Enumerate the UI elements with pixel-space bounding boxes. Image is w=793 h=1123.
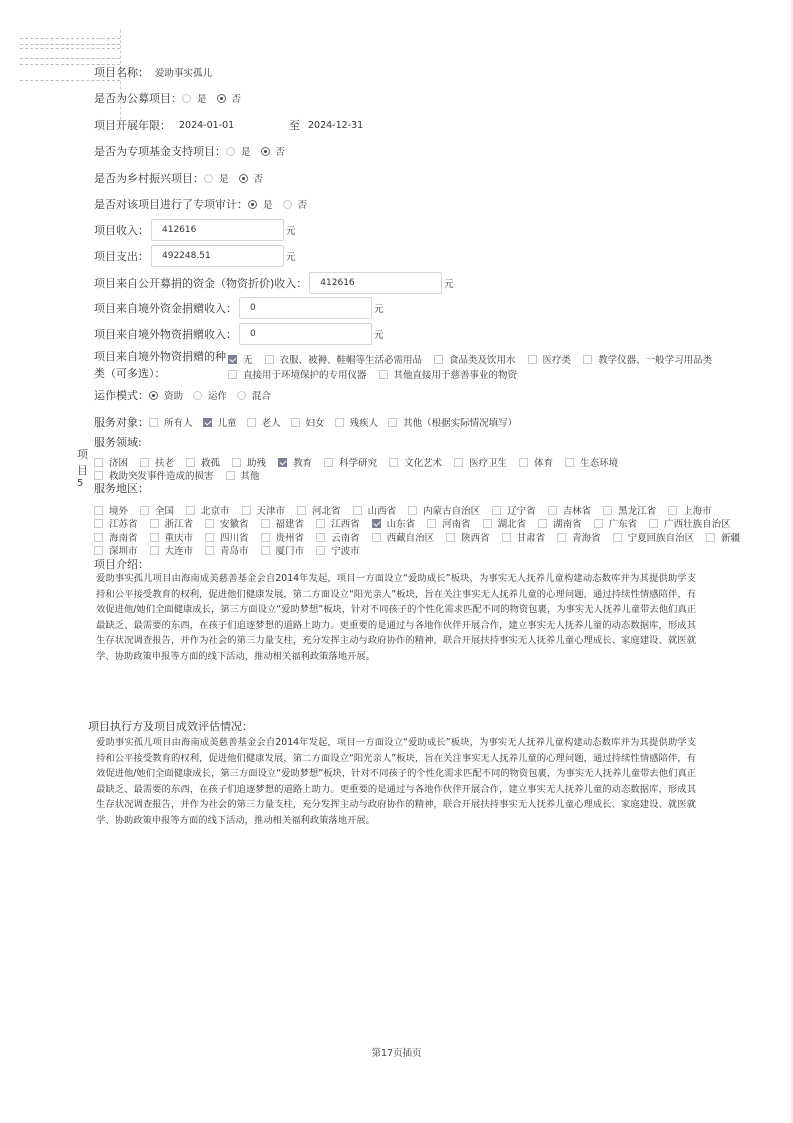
region-option[interactable]: 宁夏回族自治区 (613, 530, 695, 544)
target-women[interactable]: 妇女 (291, 415, 325, 429)
region-option[interactable]: 浙江省 (150, 516, 194, 530)
public-income-input[interactable]: 412616 (309, 272, 442, 294)
overseas-goods-input[interactable]: 0 (239, 323, 372, 345)
project-name-label: 项目名称： (94, 64, 149, 80)
checkbox-icon (150, 533, 159, 542)
region-option[interactable]: 江西省 (316, 516, 360, 530)
service-target-row: 服务对象： 所有人 儿童 老人 妇女 残疾人 其他（根据实际情况填写） (94, 414, 527, 430)
goods-type-teaching[interactable]: 教学仪器、一般学习用品类 (583, 352, 712, 366)
goods-type-environment[interactable]: 直接用于环境保护的专用仪器 (228, 367, 367, 381)
public-income-row: 项目来自公开募捐的资金（物资折价)收入： 412616 元 (94, 272, 454, 294)
region-option[interactable]: 湖北省 (483, 516, 527, 530)
checkbox-checked-icon (372, 519, 381, 528)
checkbox-icon (205, 519, 214, 528)
checkbox-icon (335, 418, 344, 427)
region-option[interactable]: 辽宁省 (492, 503, 536, 517)
region-option[interactable]: 广西壮族自治区 (649, 516, 731, 530)
region-option[interactable]: 天津市 (242, 503, 286, 517)
checkbox-icon (205, 533, 214, 542)
income-input[interactable]: 412616 (151, 219, 284, 241)
checkbox-icon (483, 519, 492, 528)
expense-row: 项目支出： 492248.51 元 (94, 245, 296, 267)
target-disabled[interactable]: 残疾人 (335, 415, 379, 429)
region-option[interactable]: 河南省 (427, 516, 471, 530)
region-option[interactable]: 湖南省 (538, 516, 582, 530)
goods-type-food[interactable]: 食品类及饮用水 (434, 352, 516, 366)
region-option[interactable]: 厦门市 (261, 543, 305, 557)
checkbox-icon (446, 533, 455, 542)
checkbox-icon (261, 519, 270, 528)
public-fundraising-yes[interactable]: 是 (182, 91, 207, 105)
radio-selected-icon (217, 94, 226, 103)
radio-selected-icon (248, 200, 257, 209)
checkbox-icon (186, 458, 195, 467)
region-option[interactable]: 海南省 (94, 530, 138, 544)
checkbox-icon (538, 519, 547, 528)
duration-label: 项目开展年限： (94, 117, 171, 133)
checkbox-icon (205, 546, 214, 555)
region-option[interactable]: 北京市 (186, 503, 230, 517)
target-elderly[interactable]: 老人 (247, 415, 281, 429)
checkbox-icon (226, 471, 235, 480)
overseas-goods-unit: 元 (374, 327, 384, 341)
income-row: 项目收入： 412616 元 (94, 219, 296, 241)
region-option[interactable]: 黑龙江省 (603, 503, 656, 517)
field-sports[interactable]: 体育 (519, 455, 553, 469)
checkbox-icon (316, 546, 325, 555)
income-unit: 元 (286, 223, 296, 237)
service-region-row: 江苏省浙江省安徽省福建省江西省山东省河南省湖北省湖南省广东省广西壮族自治区 (94, 516, 743, 530)
region-option[interactable]: 重庆市 (150, 530, 194, 544)
checkbox-icon (649, 519, 658, 528)
overseas-goods-label: 项目来自境外物资捐赠收入： (94, 326, 237, 342)
checkbox-icon (528, 355, 537, 364)
checkbox-icon (454, 458, 463, 467)
checkbox-icon (372, 533, 381, 542)
checkbox-icon (353, 506, 362, 515)
operation-mode-operate[interactable]: 运作 (193, 388, 227, 402)
side-mark-3: 5 (77, 478, 83, 489)
expense-unit: 元 (286, 249, 296, 263)
operation-mode-grant[interactable]: 资助 (149, 388, 183, 402)
duration-separator: 至 (289, 117, 300, 133)
checkbox-icon (519, 458, 528, 467)
region-option[interactable]: 安徽省 (205, 516, 249, 530)
radio-icon (193, 391, 202, 400)
checkbox-icon (261, 546, 270, 555)
radio-icon (226, 147, 235, 156)
duration-row: 项目开展年限： 2024-01-01 至 2024-12-31 (94, 117, 363, 133)
service-region-row: 境外全国北京市天津市河北省山西省内蒙古自治区辽宁省吉林省黑龙江省上海市 (94, 503, 724, 517)
service-region-heading: 服务地区： (94, 480, 149, 496)
checkbox-icon (379, 370, 388, 379)
checkbox-icon (94, 519, 103, 528)
field-health[interactable]: 医疗卫生 (454, 455, 507, 469)
checkbox-icon (324, 458, 333, 467)
radio-icon (283, 200, 292, 209)
public-fundraising-label: 是否为公募项目： (94, 90, 182, 106)
checkbox-icon (434, 355, 443, 364)
public-income-label: 项目来自公开募捐的资金（物资折价)收入： (94, 275, 307, 291)
service-region-row: 深圳市大连市青岛市厦门市宁波市 (94, 543, 372, 557)
target-other[interactable]: 其他（根据实际情况填写） (388, 415, 517, 429)
income-label: 项目收入： (94, 222, 149, 238)
region-option[interactable]: 青岛市 (205, 543, 249, 557)
special-fund-no[interactable]: 否 (261, 144, 286, 158)
region-option[interactable]: 河北省 (297, 503, 341, 517)
expense-label: 项目支出： (94, 248, 149, 264)
checkbox-icon (706, 533, 715, 542)
region-option[interactable]: 福建省 (261, 516, 305, 530)
region-option[interactable]: 内蒙古自治区 (408, 503, 480, 517)
overseas-funds-row: 项目来自境外资金捐赠收入： 0 元 (94, 297, 384, 319)
checkbox-icon (565, 458, 574, 467)
side-mark-1: 项 (77, 446, 88, 462)
operation-mode-row: 运作模式： 资助 运作 混合 (94, 387, 281, 403)
region-option[interactable]: 贵州省 (261, 530, 305, 544)
evaluation-heading: 项目执行方及项目成效评估情况： (88, 718, 253, 734)
field-culture[interactable]: 文化艺术 (389, 455, 442, 469)
checkbox-icon (150, 519, 159, 528)
region-option[interactable]: 江苏省 (94, 516, 138, 530)
checkbox-icon (291, 418, 300, 427)
region-option[interactable]: 全国 (140, 503, 174, 517)
checkbox-icon (186, 506, 195, 515)
service-region-row: 海南省重庆市四川省贵州省云南省西藏自治区陕西省甘肃省青海省宁夏回族自治区新疆 (94, 530, 752, 544)
special-fund-yes[interactable]: 是 (226, 144, 251, 158)
service-target-label: 服务对象： (94, 414, 149, 430)
region-option[interactable]: 吉林省 (548, 503, 592, 517)
checkbox-icon (548, 506, 557, 515)
checkbox-icon (94, 506, 103, 515)
overseas-goods-row: 项目来自境外物资捐赠收入： 0 元 (94, 323, 384, 345)
checkbox-icon (140, 506, 149, 515)
side-mark-2: 目 (77, 462, 88, 478)
rural-no[interactable]: 否 (239, 171, 264, 185)
overseas-funds-input[interactable]: 0 (239, 297, 372, 319)
overseas-funds-label: 项目来自境外资金捐赠收入： (94, 300, 237, 316)
checkbox-icon (140, 458, 149, 467)
checkbox-icon (388, 418, 397, 427)
checkbox-icon (613, 533, 622, 542)
checkbox-checked-icon (228, 355, 237, 364)
audit-label: 是否对该项目进行了专项审计： (94, 196, 248, 212)
field-disabled[interactable]: 助残 (232, 455, 266, 469)
checkbox-icon (94, 546, 103, 555)
checkbox-icon (427, 519, 436, 528)
scan-artifact (20, 30, 120, 130)
project-name-row: 项目名称： 爱助事实孤儿 (94, 64, 212, 80)
operation-mode-mixed[interactable]: 混合 (237, 388, 271, 402)
region-option[interactable]: 甘肃省 (502, 530, 546, 544)
region-option[interactable]: 陕西省 (446, 530, 490, 544)
service-field-row1: 济困 扶老 救孤 助残 教育 科学研究 文化艺术 医疗卫生 体育 生态环境 (94, 455, 630, 469)
overseas-goods-types-label: 项目来自境外物资捐赠的种 类（可多选）： (94, 348, 226, 381)
service-field-heading: 服务领域: (94, 434, 142, 450)
region-option[interactable]: 宁波市 (316, 543, 360, 557)
checkbox-icon (603, 506, 612, 515)
special-fund-row: 是否为专项基金支持项目： 是 否 (94, 143, 295, 159)
page-footer: 第17页插页 (0, 1045, 793, 1059)
public-fundraising-no[interactable]: 否 (217, 91, 242, 105)
checkbox-icon (261, 533, 270, 542)
goods-type-none[interactable]: 无 (228, 352, 253, 366)
field-poverty[interactable]: 济困 (94, 455, 128, 469)
checkbox-icon (150, 546, 159, 555)
radio-icon (182, 94, 191, 103)
checkbox-icon (265, 355, 274, 364)
overseas-goods-types-row2: 直接用于环境保护的专用仪器 其他直接用于慈善事业的物资 (228, 367, 529, 381)
checkbox-icon (316, 533, 325, 542)
checkbox-icon (492, 506, 501, 515)
field-ecology[interactable]: 生态环境 (565, 455, 618, 469)
checkbox-icon (557, 533, 566, 542)
radio-icon (204, 174, 213, 183)
special-fund-label: 是否为专项基金支持项目： (94, 143, 226, 159)
checkbox-icon (242, 506, 251, 515)
checkbox-icon (583, 355, 592, 364)
region-option[interactable]: 青海省 (557, 530, 601, 544)
region-option[interactable]: 新疆 (706, 530, 740, 544)
region-option[interactable]: 山西省 (353, 503, 397, 517)
radio-icon (237, 391, 246, 400)
checkbox-icon (94, 533, 103, 542)
field-orphans[interactable]: 救孤 (186, 455, 220, 469)
radio-selected-icon (149, 391, 158, 400)
region-option[interactable]: 广东省 (594, 516, 638, 530)
field-research[interactable]: 科学研究 (324, 455, 377, 469)
audit-no[interactable]: 否 (283, 197, 308, 211)
goods-type-other-charity[interactable]: 其他直接用于慈善事业的物资 (379, 367, 518, 381)
evaluation-text: 爱助事实孤儿项目由海南成美慈善基金会自2014年发起，项目一方面设立“爱助成长”… (96, 735, 696, 829)
checkbox-icon (94, 458, 103, 467)
public-fundraising-row: 是否为公募项目： 是 否 (94, 90, 251, 106)
checkbox-icon (502, 533, 511, 542)
rural-row: 是否为乡村振兴项目： 是 否 (94, 170, 273, 186)
field-education[interactable]: 教育 (278, 455, 312, 469)
region-option[interactable]: 云南省 (316, 530, 360, 544)
checkbox-icon (247, 418, 256, 427)
target-children[interactable]: 儿童 (203, 415, 237, 429)
field-elderly[interactable]: 扶老 (140, 455, 174, 469)
rural-label: 是否为乡村振兴项目： (94, 170, 204, 186)
audit-row: 是否对该项目进行了专项审计： 是 否 (94, 196, 317, 212)
target-everyone[interactable]: 所有人 (149, 415, 193, 429)
checkbox-icon (228, 370, 237, 379)
operation-mode-label: 运作模式： (94, 387, 149, 403)
rural-yes[interactable]: 是 (204, 171, 229, 185)
region-option[interactable]: 四川省 (205, 530, 249, 544)
checkbox-icon (149, 418, 158, 427)
checkbox-icon (297, 506, 306, 515)
overseas-funds-unit: 元 (374, 301, 384, 315)
region-option[interactable]: 上海市 (668, 503, 712, 517)
expense-input[interactable]: 492248.51 (151, 245, 284, 267)
region-option[interactable]: 深圳市 (94, 543, 138, 557)
introduction-text: 爱助事实孤儿项目由海南成美慈善基金会自2014年发起，项目一方面设立“爱助成长”… (96, 571, 696, 665)
checkbox-icon (668, 506, 677, 515)
project-name-value: 爱助事实孤儿 (155, 65, 212, 79)
radio-selected-icon (239, 174, 248, 183)
checkbox-checked-icon (203, 418, 212, 427)
checkbox-icon (232, 458, 241, 467)
region-option[interactable]: 大连市 (150, 543, 194, 557)
public-income-unit: 元 (444, 276, 454, 290)
checkbox-icon (316, 519, 325, 528)
field-other[interactable]: 其他 (226, 468, 260, 482)
duration-start[interactable]: 2024-01-01 (179, 120, 289, 131)
overseas-goods-types-row1: 无 衣服、被褥、鞋帽等生活必需用品 食品类及饮用水 医疗类 教学仪器、一般学习用… (228, 352, 724, 366)
checkbox-icon (594, 519, 603, 528)
duration-end[interactable]: 2024-12-31 (308, 120, 363, 131)
checkbox-checked-icon (278, 458, 287, 467)
introduction-heading: 项目介绍： (94, 556, 149, 572)
goods-type-daily-necessities[interactable]: 衣服、被褥、鞋帽等生活必需用品 (265, 352, 423, 366)
checkbox-icon (389, 458, 398, 467)
region-option[interactable]: 西藏自治区 (372, 530, 435, 544)
region-option[interactable]: 山东省 (372, 516, 416, 530)
radio-selected-icon (261, 147, 270, 156)
goods-type-medical[interactable]: 医疗类 (528, 352, 572, 366)
checkbox-icon (408, 506, 417, 515)
audit-yes[interactable]: 是 (248, 197, 273, 211)
region-option[interactable]: 境外 (94, 503, 128, 517)
checkbox-icon (94, 471, 103, 480)
